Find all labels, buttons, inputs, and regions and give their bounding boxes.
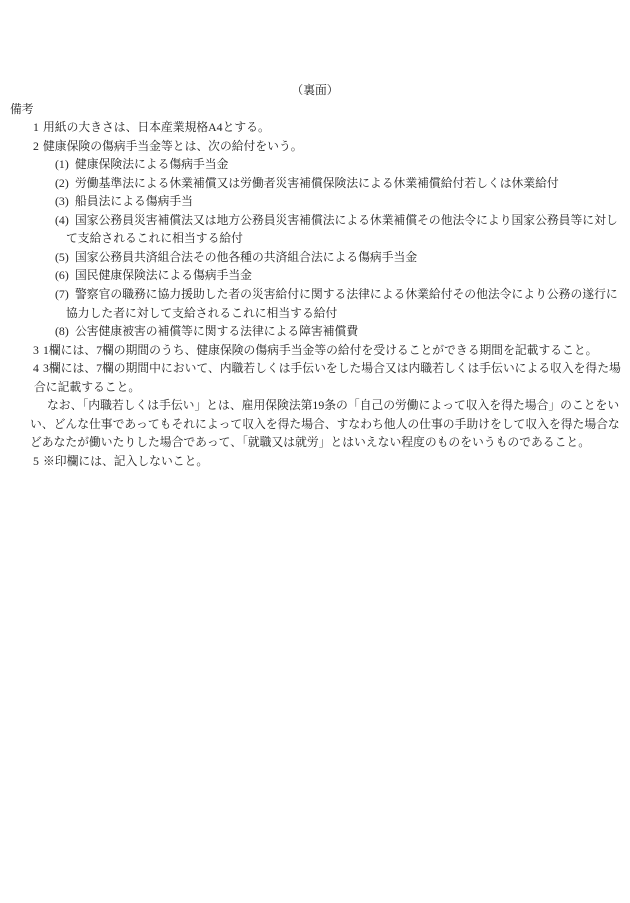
- line-text: 国家公務員共済組合法その他各種の共済組合法による傷病手当金: [75, 250, 417, 264]
- remark-item-4-continuation: 合に記載すること。: [0, 378, 630, 397]
- list-marker: (4): [55, 211, 75, 230]
- line-text: 公害健康被害の補償等に関する法律による障害補償費: [75, 324, 358, 338]
- remark-subitem-3: (3)船員法による傷病手当: [0, 192, 630, 211]
- remark-subitem-7: (7)警察官の職務に協力援助した者の災害給付に関する法律による休業給付その他法令…: [0, 285, 630, 304]
- list-marker: (7): [55, 285, 75, 304]
- remark-subitem-6: (6)国民健康保険法による傷病手当金: [0, 266, 630, 285]
- page-side-label: （裏面）: [0, 81, 630, 100]
- document-page: （裏面） 備考 1用紙の大きさは、日本産業規格A4とする。 2健康保険の傷病手当…: [0, 0, 630, 903]
- line-text: 警察官の職務に協力援助した者の災害給付に関する法律による休業給付その他法令により…: [75, 287, 618, 301]
- line-text: て支給されるこれに相当する給付: [66, 231, 243, 245]
- line-text: 健康保険法による傷病手当金: [75, 157, 228, 171]
- remark-item-2: 2健康保険の傷病手当金等とは、次の給付をいう。: [0, 137, 630, 156]
- list-marker: 2: [33, 137, 43, 156]
- list-marker: (3): [55, 192, 75, 211]
- remark-item-4-note: なお、「内職若しくは手伝い」とは、雇用保険法第19条の「自己の労働によって収入を…: [0, 396, 630, 415]
- remark-item-4-note-continuation: い、どんな仕事であってもそれによって収入を得た場合、すなわち他人の仕事の手助けを…: [0, 415, 630, 434]
- list-marker: 4: [33, 359, 43, 378]
- line-text: い、どんな仕事であってもそれによって収入を得た場合、すなわち他人の仕事の手助けを…: [30, 417, 620, 431]
- line-text: 国家公務員災害補償法又は地方公務員災害補償法による休業補償その他法令により国家公…: [75, 213, 618, 227]
- remark-subitem-8: (8)公害健康被害の補償等に関する法律による障害補償費: [0, 322, 630, 341]
- remark-subitem-7-continuation: 協力した者に対して支給されるこれに相当する給付: [0, 304, 630, 323]
- line-text: 健康保険の傷病手当金等とは、次の給付をいう。: [43, 139, 303, 153]
- line-text: ※印欄には、記入しないこと。: [43, 454, 208, 468]
- list-marker: (5): [55, 248, 75, 267]
- list-marker: (6): [55, 266, 75, 285]
- remark-subitem-1: (1)健康保険法による傷病手当金: [0, 155, 630, 174]
- remarks-title: 備考: [0, 100, 630, 119]
- remark-subitem-4-continuation: て支給されるこれに相当する給付: [0, 229, 630, 248]
- list-marker: (1): [55, 155, 75, 174]
- line-text: 合に記載すること。: [34, 380, 140, 394]
- remark-item-1: 1用紙の大きさは、日本産業規格A4とする。: [0, 118, 630, 137]
- line-text: 労働基準法による休業補償又は労働者災害補償保険法による休業補償給付若しくは休業給…: [75, 176, 559, 190]
- line-text: 1欄には、7欄の期間のうち、健康保険の傷病手当金等の給付を受けることができる期間…: [43, 343, 597, 357]
- line-text: 用紙の大きさは、日本産業規格A4とする。: [43, 120, 270, 134]
- line-text: 3欄には、7欄の期間中において、内職若しくは手伝いをした場合又は内職若しくは手伝…: [43, 361, 621, 375]
- list-marker: 1: [33, 118, 43, 137]
- line-text: 国民健康保険法による傷病手当金: [75, 268, 252, 282]
- remark-item-4: 43欄には、7欄の期間中において、内職若しくは手伝いをした場合又は内職若しくは手…: [0, 359, 630, 378]
- list-marker: 3: [33, 341, 43, 360]
- remark-item-5: 5※印欄には、記入しないこと。: [0, 452, 630, 471]
- remark-subitem-5: (5)国家公務員共済組合法その他各種の共済組合法による傷病手当金: [0, 248, 630, 267]
- list-marker: 5: [33, 452, 43, 471]
- line-text: 船員法による傷病手当: [75, 194, 193, 208]
- line-text: なお、「内職若しくは手伝い」とは、雇用保険法第19条の「自己の労働によって収入を…: [47, 398, 619, 412]
- remark-item-3: 31欄には、7欄の期間のうち、健康保険の傷病手当金等の給付を受けることができる期…: [0, 341, 630, 360]
- remark-subitem-2: (2)労働基準法による休業補償又は労働者災害補償保険法による休業補償給付若しくは…: [0, 174, 630, 193]
- remark-subitem-4: (4)国家公務員災害補償法又は地方公務員災害補償法による休業補償その他法令により…: [0, 211, 630, 230]
- remark-item-4-note-continuation: どあなたが働いたりした場合であって、「就職又は就労」とはいえない程度のものをいう…: [0, 433, 630, 452]
- line-text: 協力した者に対して支給されるこれに相当する給付: [66, 306, 337, 320]
- line-text: どあなたが働いたりした場合であって、「就職又は就労」とはいえない程度のものをいう…: [30, 435, 590, 449]
- list-marker: (8): [55, 322, 75, 341]
- list-marker: (2): [55, 174, 75, 193]
